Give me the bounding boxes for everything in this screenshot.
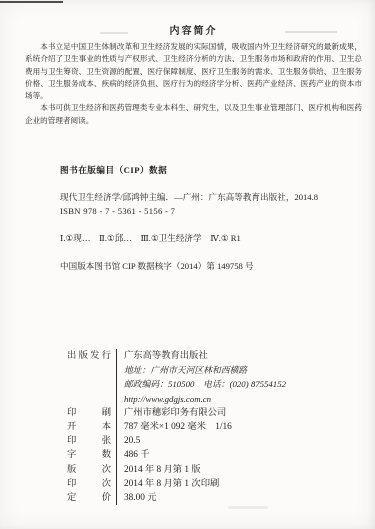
- cip-data-section: 图书在版编目（CIP）数据 现代卫生经济学/邱鸿钟主编．—广州：广东高等教育出版…: [60, 163, 365, 273]
- cip-isbn-line: ISBN 978 - 7 - 5361 - 5156 - 7: [60, 204, 365, 218]
- content-summary-section: 内容简介 本书立足中国卫生体制改革和卫生经济发展的实际国情，吸收国内外卫生经济研…: [25, 25, 362, 127]
- colophon-label: 印张: [67, 434, 111, 448]
- content-summary-paragraph-2: 本书可供卫生经济和医药管理类专业本科生、研究生，以及卫生事业管理部门、医疗机构和…: [25, 102, 362, 127]
- colophon-row-printer: 印刷 广州市穗彩印务有限公司: [67, 406, 286, 420]
- colophon-row-website: http://www.gdgjs.com.cn: [67, 392, 286, 406]
- colophon-value: 广东高等教育出版社: [116, 349, 208, 363]
- colophon-value: 486 千: [116, 448, 150, 462]
- cip-title-line: 现代卫生经济学/邱鸿钟主编．—广州：广东高等教育出版社，2014.8: [60, 190, 365, 204]
- scan-artifact-smudge: [228, 506, 268, 509]
- colophon-section: 出版发行 广东高等教育出版社 地址：广州市天河区林和西横路 邮政编码：51050…: [67, 349, 286, 505]
- colophon-label: 开本: [67, 420, 111, 434]
- colophon-row-impression: 印次 2014 年 8 月第 1 次印刷: [67, 477, 286, 491]
- cip-heading: 图书在版编目（CIP）数据: [60, 163, 365, 177]
- colophon-row-edition: 版次 2014 年 8 月第 1 版: [67, 463, 286, 477]
- content-summary-paragraph-1: 本书立足中国卫生体制改革和卫生经济发展的实际国情，吸收国内外卫生经济研究的最新成…: [25, 41, 362, 102]
- scanned-book-page: 内容简介 本书立足中国卫生体制改革和卫生经济发展的实际国情，吸收国内外卫生经济研…: [0, 0, 375, 529]
- colophon-value: 20.5: [116, 434, 140, 448]
- colophon-label: 字数: [67, 448, 111, 462]
- cip-classification-line: Ⅰ.①现… Ⅱ.①邱… Ⅲ.①卫生经济学 Ⅳ.① R1: [60, 231, 365, 245]
- colophon-value: 2014 年 8 月第 1 次印刷: [116, 477, 219, 491]
- colophon-row-postcode-phone: 邮政编码：510500 电话：(020) 87554152: [67, 377, 286, 391]
- colophon-row-wordcount: 字数 486 千: [67, 448, 286, 462]
- colophon-value: 地址：广州市天河区林和西横路: [116, 363, 247, 377]
- colophon-value: 38.00 元: [116, 491, 157, 505]
- colophon-row-address: 地址：广州市天河区林和西横路: [67, 363, 286, 377]
- colophon-value: 邮政编码：510500 电话：(020) 87554152: [116, 377, 286, 391]
- colophon-label: [67, 392, 111, 406]
- colophon-label: [67, 363, 111, 377]
- colophon-row-format: 开本 787 毫米×1 092 毫米 1/16: [67, 420, 286, 434]
- colophon-row-publisher: 出版发行 广东高等教育出版社: [67, 349, 286, 363]
- colophon-label: [67, 377, 111, 391]
- colophon-row-price: 定价 38.00 元: [67, 491, 286, 505]
- colophon-label: 印次: [67, 477, 111, 491]
- colophon-value: 广州市穗彩印务有限公司: [116, 406, 226, 420]
- scan-artifact-topline: [0, 1, 63, 3]
- colophon-label: 定价: [67, 491, 111, 505]
- colophon-value: http://www.gdgjs.com.cn: [116, 392, 211, 406]
- colophon-value: 787 毫米×1 092 毫米 1/16: [116, 420, 232, 434]
- colophon-label: 出版发行: [67, 349, 111, 363]
- colophon-label: 版次: [67, 463, 111, 477]
- colophon-label: 印刷: [67, 406, 111, 420]
- content-summary-title: 内容简介: [25, 25, 362, 39]
- colophon-row-sheets: 印张 20.5: [67, 434, 286, 448]
- colophon-value: 2014 年 8 月第 1 版: [116, 463, 201, 477]
- cip-record-number-line: 中国版本图书馆 CIP 数据核字（2014）第 149758 号: [60, 259, 365, 273]
